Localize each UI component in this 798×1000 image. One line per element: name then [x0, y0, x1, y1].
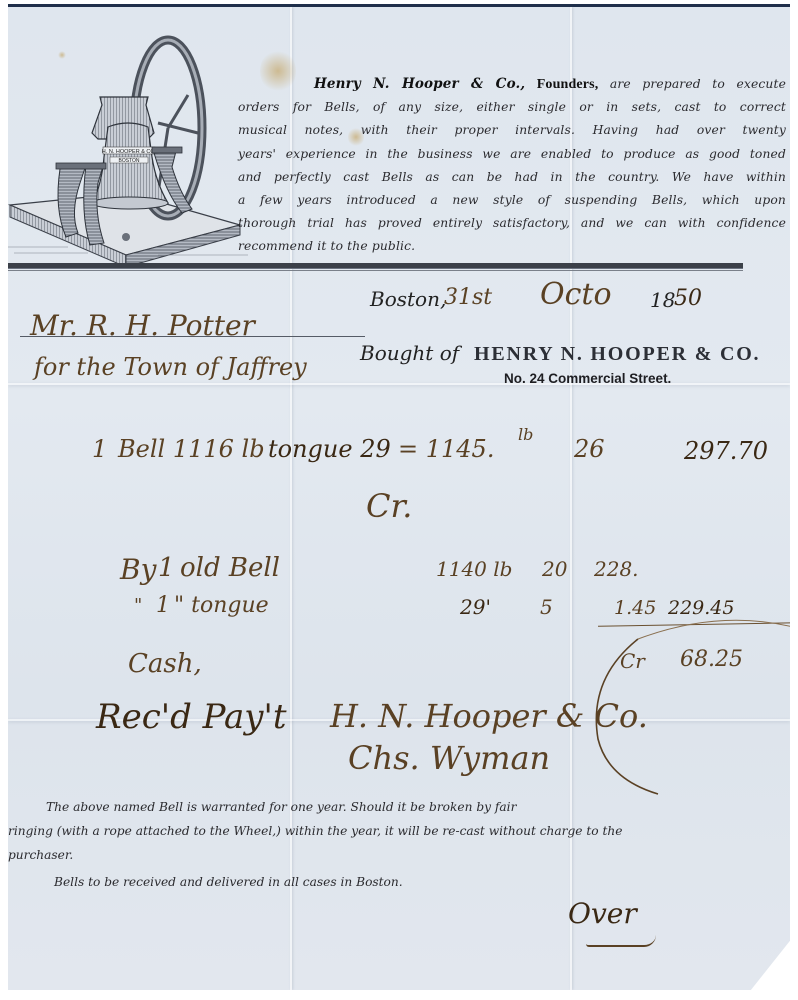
received-payment: Rec'd Pay't [96, 697, 287, 737]
credit-qty: 1 [156, 593, 170, 618]
svg-text:BOSTON: BOSTON [118, 158, 139, 164]
intro-line: recommend it to the public. [238, 235, 786, 258]
bought-of-label: Bought of [360, 341, 459, 365]
intro-line: years' experience in the business we are… [238, 143, 786, 166]
line-item-rate: 26 [574, 435, 605, 463]
date-year-prefix: 18 [650, 288, 675, 312]
over-note: Over [568, 897, 637, 930]
credit-description: " tongue [174, 593, 269, 618]
credit-qty: 1 [158, 553, 175, 583]
line-item-qty: 1 [92, 435, 107, 463]
credit-prefix: By [120, 553, 156, 586]
line-item-rate-unit: lb [518, 425, 533, 444]
customer-name: Mr. R. H. Potter [30, 309, 255, 342]
line-item-weight: = 1145. [398, 435, 494, 463]
date-day: 31st [444, 285, 492, 310]
date-month: Octo [540, 277, 612, 312]
letterhead-intro-paragraph: Henry N. Hooper & Co., Founders, are pre… [238, 73, 786, 259]
cash-label: Cash, [128, 649, 202, 679]
credit-amount: 1.45 [614, 597, 656, 619]
intro-line: musical notes, with their proper interva… [238, 119, 786, 142]
credit-rate: 5 [540, 595, 553, 619]
intro-founders: Founders, [537, 77, 599, 92]
credit-weight: 29' [460, 595, 491, 619]
line-item-extra: tongue 29 [268, 435, 391, 463]
credit-rate: 20 [542, 557, 567, 581]
bell-illustration-icon: H. N. HOOPER & CO. BOSTON [8, 33, 258, 265]
credit-subtotal: 229.45 [668, 597, 734, 619]
customer-for: for the Town of Jaffrey [34, 353, 307, 381]
customer-underline [20, 336, 365, 337]
credit-weight: 1140 lb [436, 557, 512, 581]
credit-label: Cr. [366, 487, 412, 525]
line-item-amount: 297.70 [684, 437, 768, 465]
letterhead-divider [8, 263, 743, 269]
signature-per: Chs. Wyman [348, 739, 550, 777]
intro-line: orders for Bells, of any size, either si… [238, 96, 786, 119]
warranty-line: purchaser. [8, 843, 748, 867]
intro-line: thorough trial has proved entirely satis… [238, 212, 786, 235]
warranty-line: ringing (with a rope attached to the Whe… [8, 819, 748, 843]
line-item-description: Bell 1116 lb [118, 435, 265, 463]
delivery-note: Bells to be received and delivered in al… [54, 875, 403, 889]
paper-fold-horizontal [8, 383, 790, 385]
firm-address: No. 24 Commercial Street. [504, 371, 671, 386]
brace-flourish-icon [578, 619, 798, 799]
date-year-suffix: 50 [674, 286, 702, 311]
firm-name: HENRY N. HOOPER & CO. [474, 343, 760, 366]
letterhead-divider-thin [8, 270, 743, 271]
intro-line: are prepared to execute [610, 77, 786, 91]
invoice-paper: H. N. HOOPER & CO. BOSTON Henry N. Hoope… [8, 4, 790, 990]
intro-firm-name: Henry N. Hooper & Co., [314, 76, 525, 92]
warranty-line: The above named Bell is warranted for on… [8, 795, 748, 819]
intro-line: and perfectly cast Bells as can be had i… [238, 166, 786, 189]
over-underline [586, 935, 656, 947]
credit-prefix: " [134, 595, 142, 616]
svg-text:H. N. HOOPER & CO.: H. N. HOOPER & CO. [102, 149, 157, 155]
credit-description: old Bell [180, 553, 280, 583]
credit-amount: 228. [594, 557, 639, 581]
intro-line: a few years introduced a new style of su… [238, 189, 786, 212]
warranty-text: The above named Bell is warranted for on… [8, 795, 748, 867]
place-label: Boston, [370, 287, 446, 311]
